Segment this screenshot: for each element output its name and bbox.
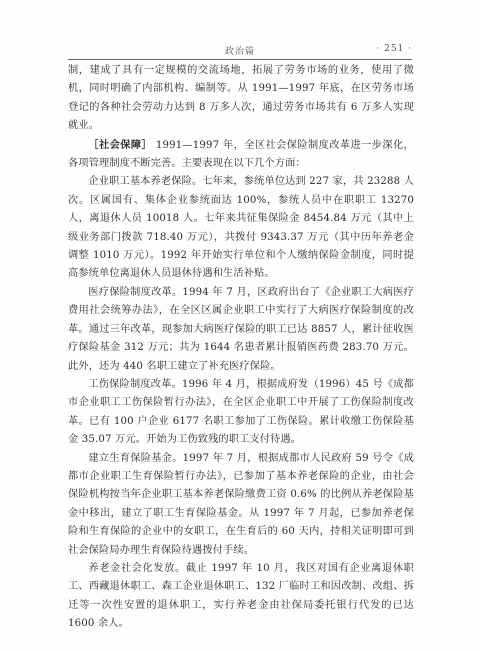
header-rule: [68, 59, 412, 60]
paragraph-text: 建立生育保险基金。1997 年 7 月，根据成都市人民政府 59 号令《成都市企…: [68, 453, 414, 556]
page-number: · 251 ·: [376, 44, 412, 54]
document-page: 政治篇 · 251 · 制，建成了具有一定规模的交流场地，拓展了劳务市场的业务，…: [0, 0, 480, 651]
paragraph-medical-insurance: 医疗保险制度改革。1994 年 7 月，区政府出台了《企业职工大病医疗费用社会统…: [68, 284, 414, 376]
paragraph-basic-pension: 企业职工基本养老保险。七年来，参统单位达到 227 家，共 23288 人次。区…: [68, 173, 414, 283]
paragraph-social-security-intro: ［社会保障］ 1991—1997 年，全区社会保险制度改革进一步深化，各项管理制…: [68, 136, 414, 174]
section-title: 政治篇: [68, 44, 412, 57]
body-text: 制，建成了具有一定规模的交流场地，拓展了劳务市场的业务，使用了微机，同时明确了内…: [68, 62, 414, 634]
paragraph-text: 工伤保险制度改革。1996 年 4 月，根据成府发（1996）45 号《成都市企…: [68, 379, 414, 445]
paragraph-work-injury-insurance: 工伤保险制度改革。1996 年 4 月，根据成府发（1996）45 号《成都市企…: [68, 376, 414, 450]
paragraph-pension-payment: 养老金社会化发放。截止 1997 年 10 月，我区对国有企业离退休职工、西藏退…: [68, 560, 414, 634]
running-header: 政治篇 · 251 ·: [68, 42, 412, 58]
section-label-social-security: ［社会保障］: [88, 139, 152, 151]
paragraph-text: 医疗保险制度改革。1994 年 7 月，区政府出台了《企业职工大病医疗费用社会统…: [68, 287, 414, 372]
paragraph-text: 养老金社会化发放。截止 1997 年 10 月，我区对国有企业离退休职工、西藏退…: [68, 563, 414, 629]
paragraph-labor-market: 制，建成了具有一定规模的交流场地，拓展了劳务市场的业务，使用了微机，同时明确了内…: [68, 62, 414, 136]
paragraph-text: 制，建成了具有一定规模的交流场地，拓展了劳务市场的业务，使用了微机，同时明确了内…: [68, 65, 414, 131]
paragraph-text: 企业职工基本养老保险。七年来，参统单位达到 227 家，共 23288 人次。区…: [68, 176, 414, 279]
paragraph-maternity-insurance: 建立生育保险基金。1997 年 7 月，根据成都市人民政府 59 号令《成都市企…: [68, 450, 414, 560]
